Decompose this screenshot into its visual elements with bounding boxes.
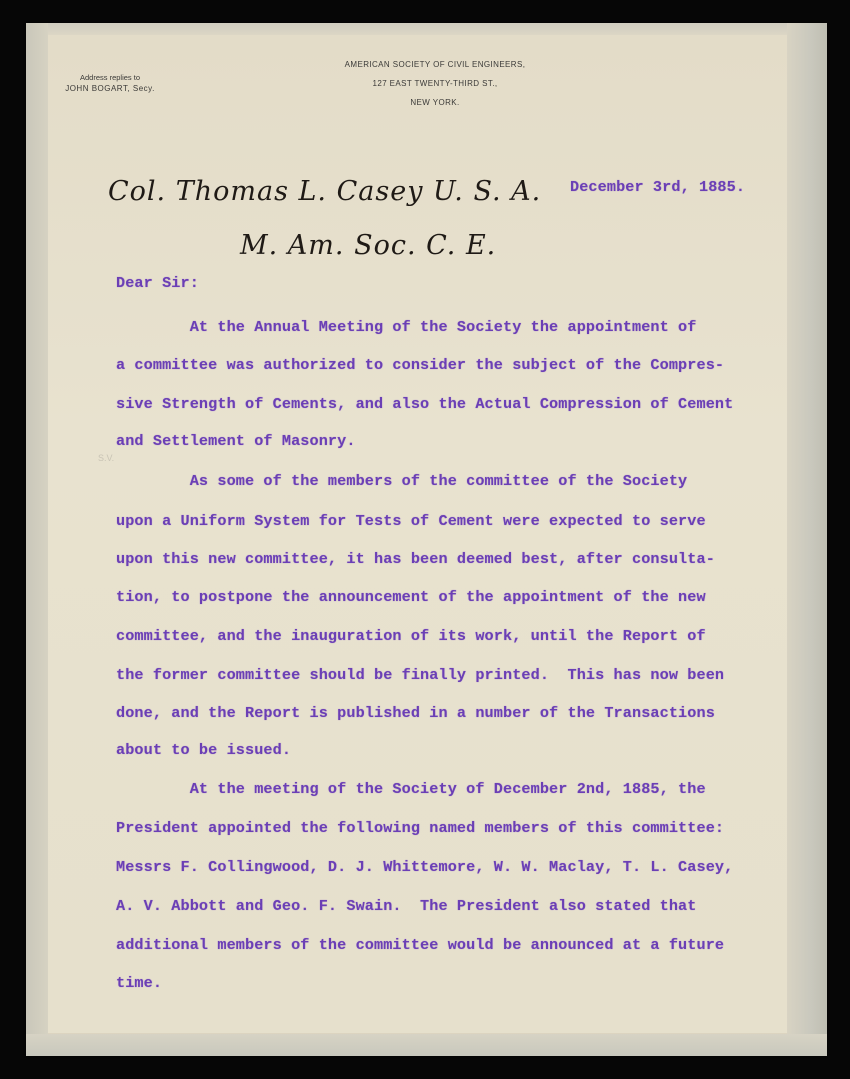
body-line: a committee was authorized to consider t…: [116, 356, 724, 374]
body-line: upon this new committee, it has been dee…: [116, 550, 715, 568]
body-line: about to be issued.: [116, 741, 291, 759]
body-line: the former committee should be finally p…: [116, 666, 724, 684]
salutation: Dear Sir:: [116, 274, 199, 292]
body-line: committee, and the inauguration of its w…: [116, 627, 706, 645]
paper-edge-left: [26, 23, 48, 1056]
letterhead-org-block: AMERICAN SOCIETY OF CIVIL ENGINEERS, 127…: [330, 55, 540, 112]
paper-edge-top: [26, 23, 827, 35]
body-line: additional members of the committee woul…: [116, 936, 724, 954]
body-line: done, and the Report is published in a n…: [116, 704, 715, 722]
org-name: AMERICAN SOCIETY OF CIVIL ENGINEERS,: [330, 55, 540, 74]
body-line: At the Annual Meeting of the Society the…: [116, 318, 696, 336]
body-line: sive Strength of Cements, and also the A…: [116, 395, 733, 413]
body-line: tion, to postpone the announcement of th…: [116, 588, 706, 606]
body-line: Messrs F. Collingwood, D. J. Whittemore,…: [116, 858, 733, 876]
body-line: At the meeting of the Society of Decembe…: [116, 780, 706, 798]
letter-date: December 3rd, 1885.: [570, 178, 745, 196]
paper-edge-bottom: [26, 1034, 827, 1056]
body-line: and Settlement of Masonry.: [116, 432, 356, 450]
reply-label: Address replies to: [60, 72, 160, 83]
body-line: As some of the members of the committee …: [116, 472, 687, 490]
body-line: upon a Uniform System for Tests of Cemen…: [116, 512, 706, 530]
paper-edge-right: [787, 23, 827, 1056]
body-line: time.: [116, 974, 162, 992]
body-line: A. V. Abbott and Geo. F. Swain. The Pres…: [116, 897, 696, 915]
recipient-line-1: Col. Thomas L. Casey U. S. A.: [108, 176, 541, 207]
org-street: 127 EAST TWENTY-THIRD ST.,: [330, 74, 540, 93]
recipient-line-2: M. Am. Soc. C. E.: [240, 230, 496, 261]
org-city: NEW YORK.: [330, 93, 540, 112]
reply-name: JOHN BOGART, Secy.: [60, 83, 160, 94]
letterhead-reply-block: Address replies to JOHN BOGART, Secy.: [60, 72, 160, 94]
body-line: President appointed the following named …: [116, 819, 724, 837]
margin-pencil-note: S.V.: [98, 453, 114, 463]
